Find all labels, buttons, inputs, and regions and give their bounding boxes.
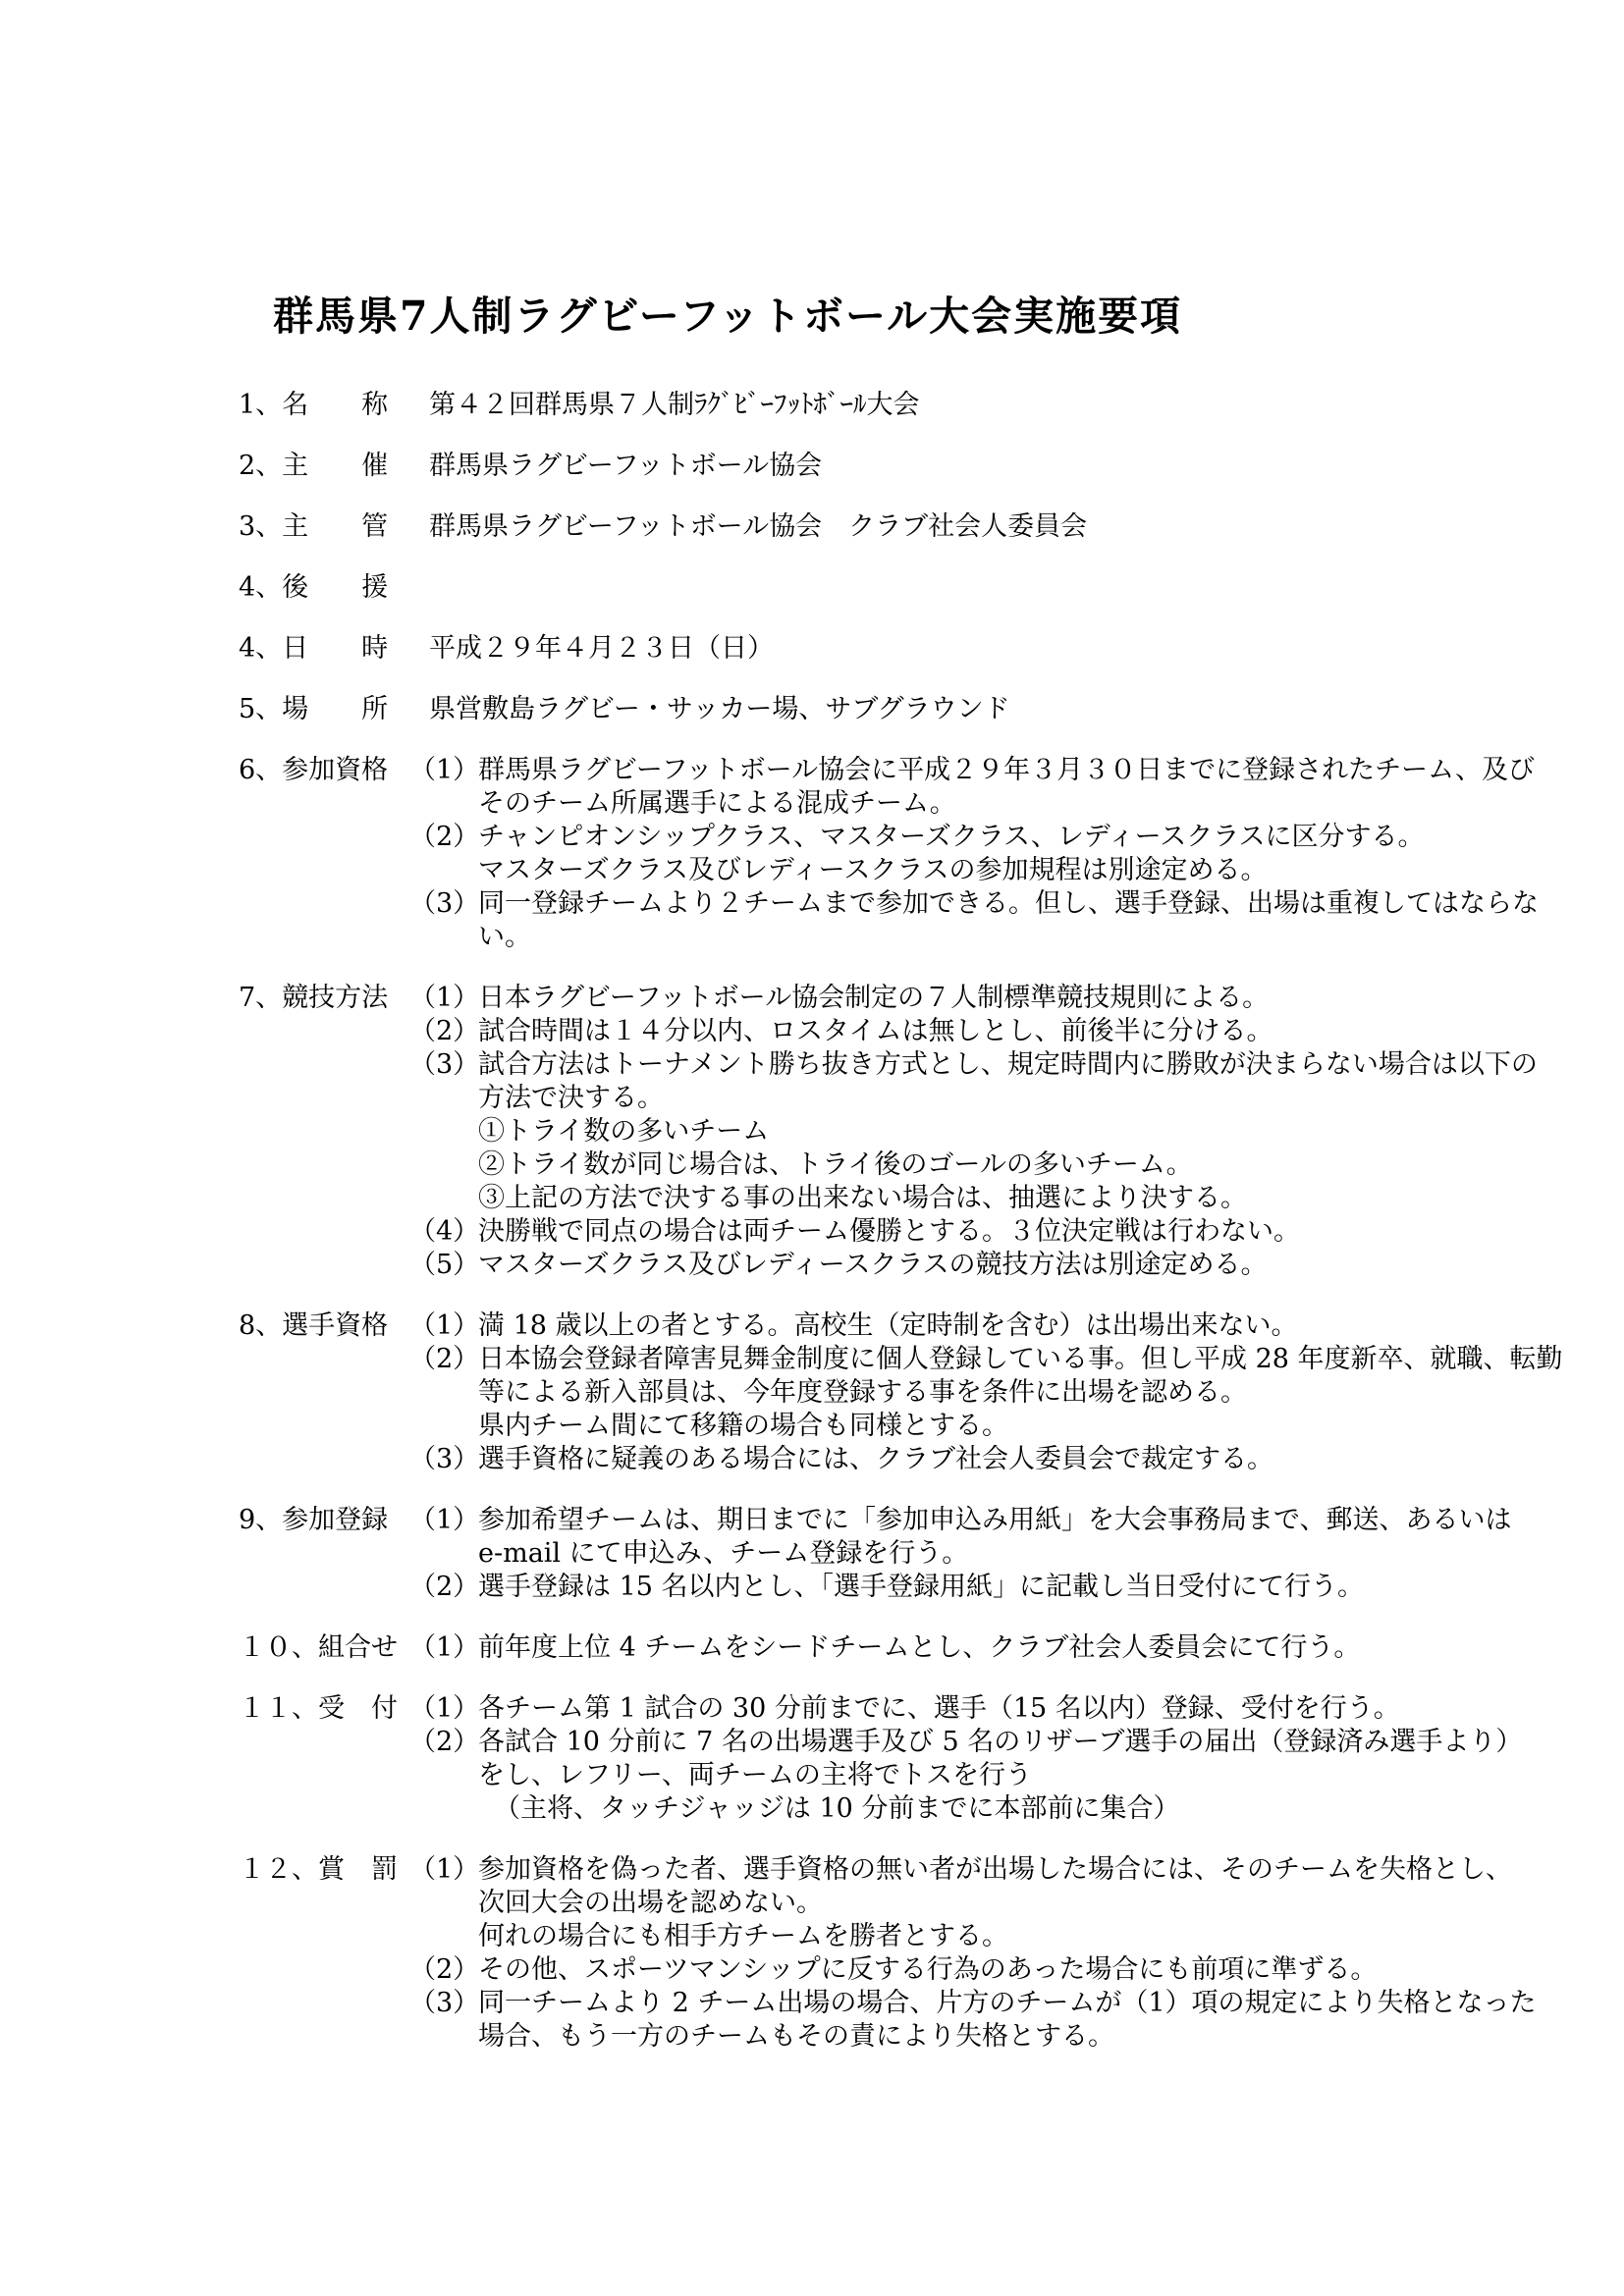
line-text: チャンピオンシップクラス、マスターズクラス、レディースクラスに区分する。 [478, 821, 1425, 854]
sub-item-marker: （2） [409, 821, 478, 854]
item-label: 3、主 管 [239, 510, 409, 544]
sub-line: （2）その他、スポーツマンシップに反する行為のあった場合にも前項に準ずる。 [239, 1953, 1574, 1987]
item-sub-line: 6、参加資格（1）群馬県ラグビーフットボール協会に平成２９年３月３０日までに登録… [239, 754, 1574, 787]
sub-line: （2）各試合 10 分前に 7 名の出場選手及び 5 名のリザーブ選手の届出（登… [239, 1726, 1574, 1759]
sub-item-marker: （3） [409, 1987, 478, 2020]
document-body: 1、名 称第４２回群馬県７人制ﾗｸﾞﾋﾞｰﾌｯﾄﾎﾞｰﾙ大会2、主 催群馬県ラグ… [239, 389, 1574, 2054]
sub-item-marker: （3） [409, 1048, 478, 1082]
line-text: 同一チームより 2 チーム出場の場合、片方のチームが（1）項の規定により失格とな… [478, 1987, 1537, 2020]
sub-line: （3）同一チームより 2 チーム出場の場合、片方のチームが（1）項の規定により失… [239, 1987, 1574, 2020]
item-label: 4、後 援 [239, 571, 409, 605]
item-label: １１、受 付 [239, 1692, 409, 1726]
continuation-line: 方法で決する。 [239, 1082, 1574, 1115]
item-sub-line: １２、賞 罰（1）参加資格を偽った者、選手資格の無い者が出場した場合には、そのチ… [239, 1853, 1574, 1887]
item-label: 9、参加登録 [239, 1504, 409, 1537]
line-text: 前年度上位 4 チームをシードチームとし、クラブ社会人委員会にて行う。 [478, 1631, 1360, 1665]
document-page: 群馬県7人制ラグビーフットボール大会実施要項 1、名 称第４２回群馬県７人制ﾗｸ… [0, 0, 1624, 2296]
line-text: 次回大会の出場を認めない。 [478, 1887, 823, 1920]
line-text: 等による新入部員は、今年度登録する事を条件に出場を認める。 [478, 1376, 1247, 1410]
item-line: 4、後 援 [239, 571, 1574, 605]
item-label: １２、賞 罰 [239, 1853, 409, 1887]
line-text: 満 18 歳以上の者とする。高校生（定時制を含む）は出場出来ない。 [478, 1309, 1298, 1343]
item-sub-line: 8、選手資格（1）満 18 歳以上の者とする。高校生（定時制を含む）は出場出来な… [239, 1309, 1574, 1343]
sub-line: （3）試合方法はトーナメント勝ち抜き方式とし、規定時間内に勝敗が決まらない場合は… [239, 1048, 1574, 1082]
item-label: 7、競技方法 [239, 982, 409, 1015]
continuation-line: 場合、もう一方のチームもその責により失格とする。 [239, 2020, 1574, 2054]
continuation-line: 次回大会の出場を認めない。 [239, 1887, 1574, 1920]
sub-line: （3）選手資格に疑義のある場合には、クラブ社会人委員会で裁定する。 [239, 1443, 1574, 1476]
sub-item-marker: （5） [409, 1249, 478, 1282]
line-text: をし、レフリー、両チームの主将でトスを行う [478, 1759, 1032, 1792]
item-sub-line: 7、競技方法（1）日本ラグビーフットボール協会制定の７人制標準競技規則による。 [239, 982, 1574, 1015]
sub-line: （2）日本協会登録者障害見舞金制度に個人登録している事。但し平成 28 年度新卒… [239, 1343, 1574, 1376]
line-text: 試合時間は１４分以内、ロスタイムは無しとし、前後半に分ける。 [478, 1015, 1272, 1048]
line-text: 試合方法はトーナメント勝ち抜き方式とし、規定時間内に勝敗が決まらない場合は以下の [478, 1048, 1538, 1082]
line-text: ②トライ数が同じ場合は、トライ後のゴールの多いチーム。 [478, 1148, 1193, 1182]
line-text: （主将、タッチジャッジは 10 分前までに本部前に集合） [494, 1792, 1179, 1826]
sub-item-marker: （1） [409, 754, 478, 787]
line-text: 県内チーム間にて移籍の場合も同様とする。 [478, 1410, 1008, 1443]
sub-line: （4）決勝戦で同点の場合は両チーム優勝とする。３位決定戦は行わない。 [239, 1215, 1574, 1249]
continuation-line: をし、レフリー、両チームの主将でトスを行う [239, 1759, 1574, 1792]
continuation-line: 何れの場合にも相手方チームを勝者とする。 [239, 1920, 1574, 1953]
sub-item-marker: （1） [409, 1853, 478, 1887]
sub-item-marker: （1） [409, 1504, 478, 1537]
line-text: 日本ラグビーフットボール協会制定の７人制標準競技規則による。 [478, 982, 1269, 1015]
line-text: 各試合 10 分前に 7 名の出場選手及び 5 名のリザーブ選手の届出（登録済み… [478, 1726, 1522, 1759]
sub-item-marker: （2） [409, 1726, 478, 1759]
item-label: 2、主 催 [239, 450, 409, 483]
item-label: 6、参加資格 [239, 754, 409, 787]
sub-item-marker: （3） [409, 1443, 478, 1476]
sub-item-marker: （1） [409, 1692, 478, 1726]
sub-line: （2）選手登録は 15 名以内とし、「選手登録用紙」に記載し当日受付にて行う。 [239, 1571, 1574, 1604]
sub-item-marker: （1） [409, 1631, 478, 1665]
sub-item-marker: （4） [409, 1215, 478, 1249]
line-text: 県営敷島ラグビー・サッカー場、サブグラウンド [429, 693, 1010, 726]
line-text: 群馬県ラグビーフットボール協会に平成２９年３月３０日までに登録されたチーム、及び [478, 754, 1535, 787]
line-text: 平成２９年４月２３日（日） [429, 632, 774, 666]
line-text: 第４２回群馬県７人制ﾗｸﾞﾋﾞｰﾌｯﾄﾎﾞｰﾙ大会 [429, 389, 920, 422]
item-label: １０、組合せ [239, 1631, 409, 1665]
continuation-line: e-mail にて申込み、チーム登録を行う。 [239, 1537, 1574, 1571]
continuation-line: ①トライ数の多いチーム [239, 1115, 1574, 1148]
line-text: 方法で決する。 [478, 1082, 664, 1115]
line-text: 選手登録は 15 名以内とし、「選手登録用紙」に記載し当日受付にて行う。 [478, 1571, 1364, 1604]
item-line: 1、名 称第４２回群馬県７人制ﾗｸﾞﾋﾞｰﾌｯﾄﾎﾞｰﾙ大会 [239, 389, 1574, 422]
continuation-line: い。 [239, 921, 1574, 954]
line-text: 各チーム第 1 試合の 30 分前までに、選手（15 名以内）登録、受付を行う。 [478, 1692, 1400, 1726]
item-label: 4、日 時 [239, 632, 409, 666]
line-text: 何れの場合にも相手方チームを勝者とする。 [478, 1920, 1008, 1953]
sub-line: （2）試合時間は１４分以内、ロスタイムは無しとし、前後半に分ける。 [239, 1015, 1574, 1048]
line-text: 決勝戦で同点の場合は両チーム優勝とする。３位決定戦は行わない。 [478, 1215, 1300, 1249]
line-text: 参加希望チームは、期日までに「参加申込み用紙」を大会事務局まで、郵送、あるいは [478, 1504, 1511, 1537]
item-line: 2、主 催群馬県ラグビーフットボール協会 [239, 450, 1574, 483]
line-text: マスターズクラス及びレディースクラスの競技方法は別途定める。 [478, 1249, 1268, 1282]
line-text: い。 [478, 921, 531, 954]
line-text: 参加資格を偽った者、選手資格の無い者が出場した場合には、そのチームを失格とし、 [478, 1853, 1512, 1887]
item-sub-line: 9、参加登録（1）参加希望チームは、期日までに「参加申込み用紙」を大会事務局まで… [239, 1504, 1574, 1537]
item-label: 5、場 所 [239, 693, 409, 726]
line-text: 場合、もう一方のチームもその責により失格とする。 [478, 2020, 1114, 2054]
line-text: 群馬県ラグビーフットボール協会 [429, 450, 822, 483]
sub-line: （3）同一登録チームより２チームまで参加できる。但し、選手登録、出場は重複しては… [239, 887, 1574, 921]
continuation-line: 県内チーム間にて移籍の場合も同様とする。 [239, 1410, 1574, 1443]
item-sub-line: １１、受 付（1）各チーム第 1 試合の 30 分前までに、選手（15 名以内）… [239, 1692, 1574, 1726]
item-sub-line: １０、組合せ（1）前年度上位 4 チームをシードチームとし、クラブ社会人委員会に… [239, 1631, 1574, 1665]
item-label: 1、名 称 [239, 389, 409, 422]
continuation-line: ③上記の方法で決する事の出来ない場合は、抽選により決する。 [239, 1182, 1574, 1215]
sub-line: （5）マスターズクラス及びレディースクラスの競技方法は別途定める。 [239, 1249, 1574, 1282]
sub-line: （2）チャンピオンシップクラス、マスターズクラス、レディースクラスに区分する。 [239, 821, 1574, 854]
continuation-line: （主将、タッチジャッジは 10 分前までに本部前に集合） [239, 1792, 1574, 1826]
sub-item-marker: （3） [409, 887, 478, 921]
item-label: 8、選手資格 [239, 1309, 409, 1343]
continuation-line: マスターズクラス及びレディースクラスの参加規程は別途定める。 [239, 854, 1574, 887]
line-text: ③上記の方法で決する事の出来ない場合は、抽選により決する。 [478, 1182, 1247, 1215]
line-text: e-mail にて申込み、チーム登録を行う。 [478, 1537, 968, 1571]
document-title: 群馬県7人制ラグビーフットボール大会実施要項 [273, 293, 1182, 340]
continuation-line: 等による新入部員は、今年度登録する事を条件に出場を認める。 [239, 1376, 1574, 1410]
item-line: 5、場 所県営敷島ラグビー・サッカー場、サブグラウンド [239, 693, 1574, 726]
line-text: 選手資格に疑義のある場合には、クラブ社会人委員会で裁定する。 [478, 1443, 1273, 1476]
sub-item-marker: （2） [409, 1953, 478, 1987]
line-text: その他、スポーツマンシップに反する行為のあった場合にも前項に準ずる。 [478, 1953, 1377, 1987]
item-line: 3、主 管群馬県ラグビーフットボール協会 クラブ社会人委員会 [239, 510, 1574, 544]
item-line: 4、日 時平成２９年４月２３日（日） [239, 632, 1574, 666]
continuation-line: そのチーム所属選手による混成チーム。 [239, 787, 1574, 821]
sub-item-marker: （2） [409, 1015, 478, 1048]
sub-item-marker: （2） [409, 1343, 478, 1376]
line-text: 日本協会登録者障害見舞金制度に個人登録している事。但し平成 28 年度新卒、就職… [478, 1343, 1563, 1376]
line-text: マスターズクラス及びレディースクラスの参加規程は別途定める。 [478, 854, 1268, 887]
sub-item-marker: （1） [409, 982, 478, 1015]
line-text: 群馬県ラグビーフットボール協会 クラブ社会人委員会 [429, 510, 1087, 544]
line-text: そのチーム所属選手による混成チーム。 [478, 787, 956, 821]
line-text: ①トライ数の多いチーム [478, 1115, 769, 1148]
sub-item-marker: （1） [409, 1309, 478, 1343]
line-text: 同一登録チームより２チームまで参加できる。但し、選手登録、出場は重複してはならな [478, 887, 1539, 921]
continuation-line: ②トライ数が同じ場合は、トライ後のゴールの多いチーム。 [239, 1148, 1574, 1182]
sub-item-marker: （2） [409, 1571, 478, 1604]
